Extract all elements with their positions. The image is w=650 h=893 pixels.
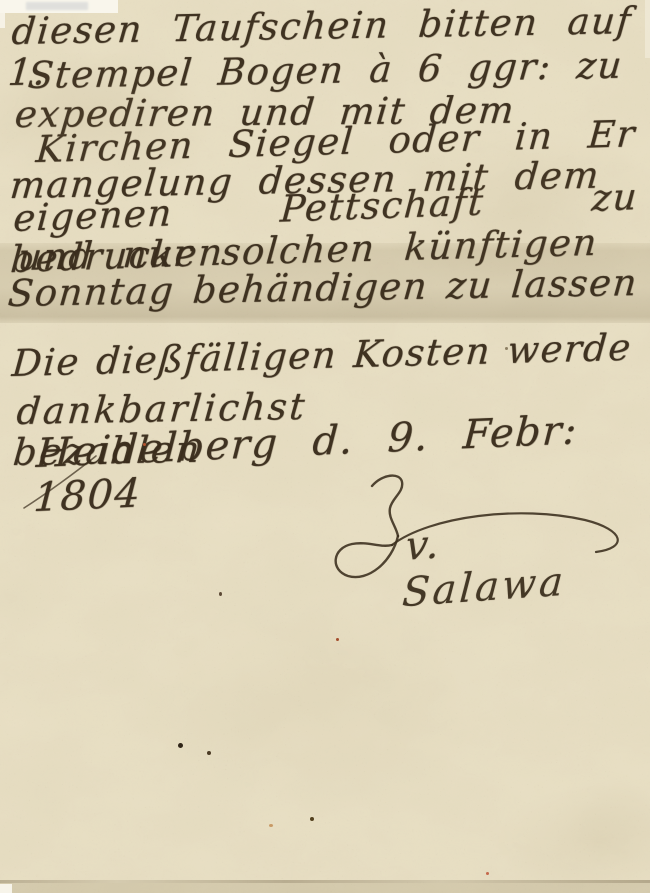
paper-edge-bottom-left xyxy=(0,884,12,893)
foxing-speck xyxy=(269,824,273,827)
ink-speck xyxy=(310,817,314,821)
foxing-speck xyxy=(336,638,339,641)
bottom-shaded-strip xyxy=(0,883,650,893)
ink-speck xyxy=(178,743,183,748)
handwritten-line-2: Stempel Bogen à 6 ggr: zu xyxy=(26,46,624,97)
paper-edge-right xyxy=(645,0,650,58)
ink-speck xyxy=(505,347,508,350)
ink-speck xyxy=(219,592,222,596)
signature: v. Salawa xyxy=(401,509,623,617)
manuscript-page: diesen Taufschein bitten auf 1. Stempel … xyxy=(0,0,650,893)
handwritten-line-9: Die dießfälligen Kosten werde xyxy=(10,328,633,385)
foxing-speck xyxy=(143,443,146,446)
foxing-speck xyxy=(486,872,489,875)
paper-edge-left xyxy=(0,0,5,28)
ink-speck xyxy=(207,751,211,755)
